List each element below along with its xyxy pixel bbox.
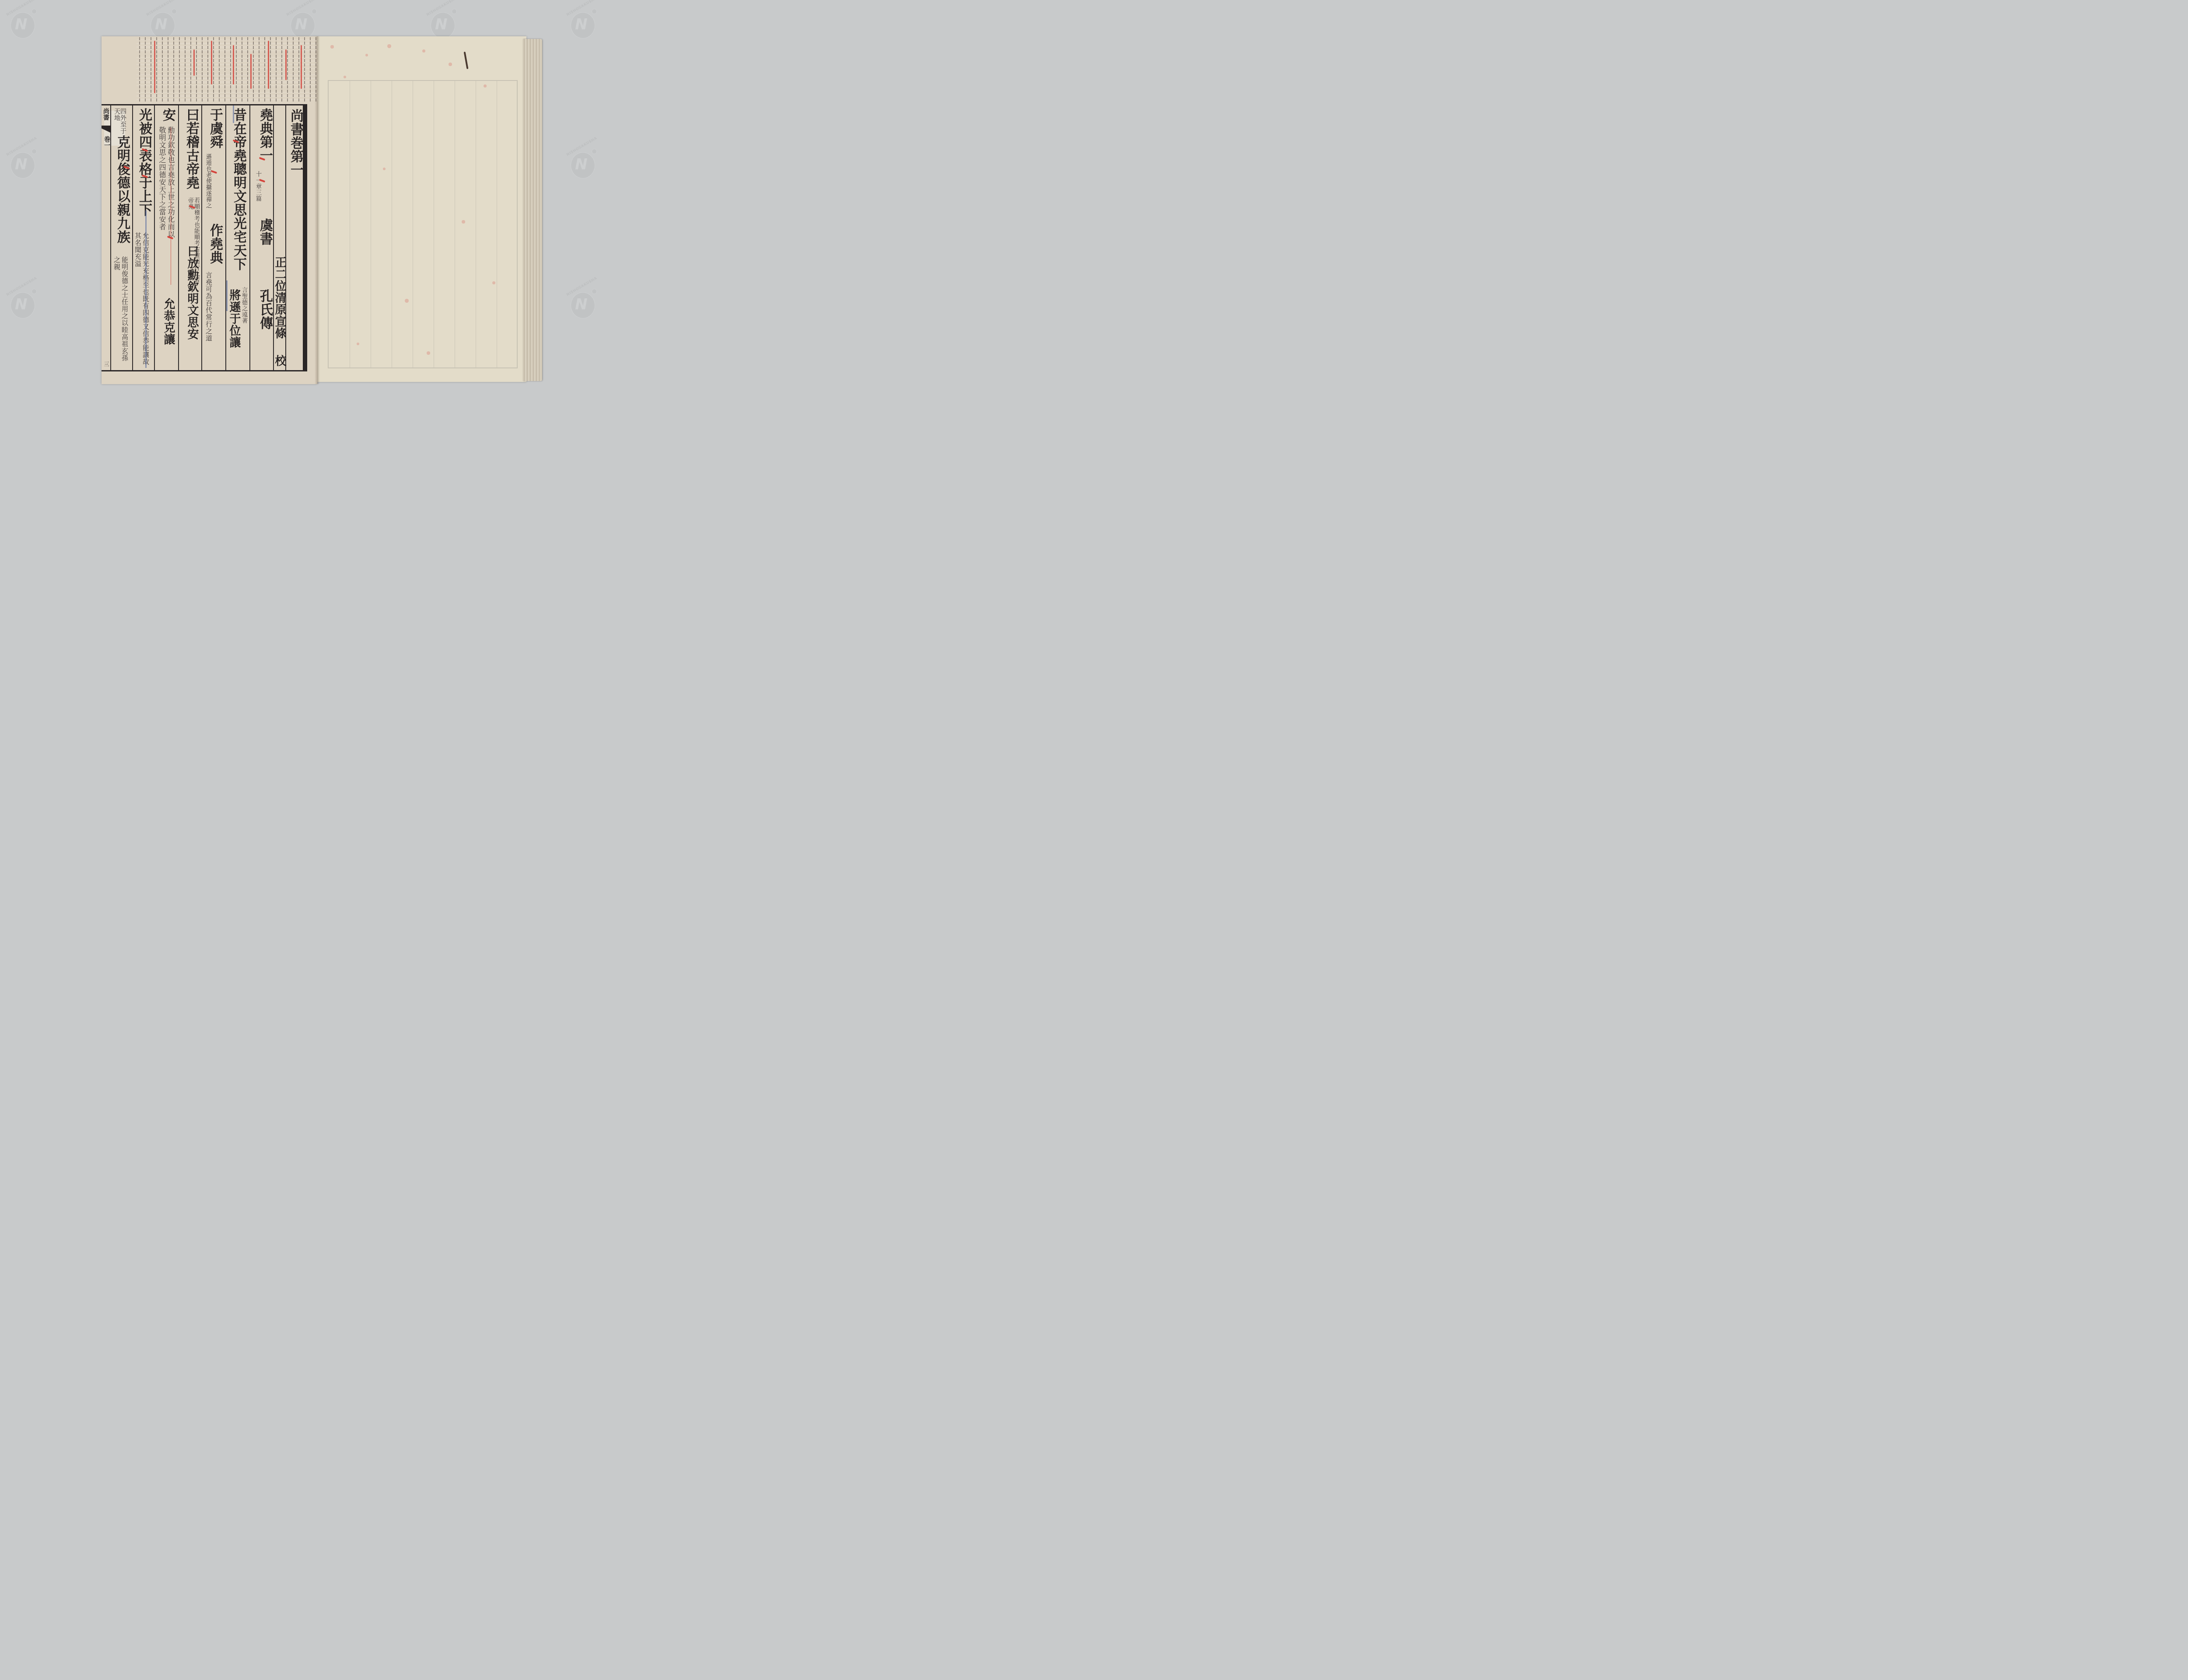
watermark: NNISHOGAKUSHA <box>424 4 459 39</box>
open-book: 尚書 巻一 三 尚書巻第一 正二位清原宣條 校 堯典第一 十一章三篇 <box>102 36 548 384</box>
page-edges <box>523 39 542 381</box>
main-text-col-1b: 將遜于位讓 <box>228 289 242 348</box>
left-page: 尚書 巻一 三 尚書巻第一 正二位清原宣條 校 堯典第一 十一章三篇 <box>102 36 317 384</box>
printed-frame: 尚書 巻一 三 尚書巻第一 正二位清原宣條 校 堯典第一 十一章三篇 <box>102 104 307 371</box>
watermark: NNISHOGAKUSHA <box>4 4 39 39</box>
fishtail-mark <box>102 126 110 133</box>
main-text-col-2: 于虞舜 <box>205 108 222 149</box>
spine-gutter <box>315 36 320 384</box>
margin-leaf-number: 三 <box>103 361 110 367</box>
watermark: NNISHOGAKUSHA <box>4 144 39 179</box>
right-page <box>317 36 526 382</box>
main-text-col-3: 曰若稽古帝堯 <box>181 108 199 189</box>
main-text-col-4b: 允恭克讓 <box>158 298 175 345</box>
watermark: NNISHOGAKUSHA <box>284 4 319 39</box>
main-text-col-5: 光被四表格于上下 <box>134 108 151 217</box>
watermark: NNISHOGAKUSHA <box>565 144 600 179</box>
chapter-title: 堯典第一 <box>255 108 272 162</box>
commentary-col-4b: 敬明文思之四德安天下之當安者 <box>158 126 166 301</box>
commentary-col-2b: 言堯可為百代常行之道 <box>205 272 213 364</box>
volume-title: 尚書巻第一 <box>285 109 303 177</box>
watermark: NNISHOGAKUSHA <box>565 284 600 319</box>
commentary-col-6: 能明俊德之士任用之以睦高祖玄孫之親 <box>113 256 129 366</box>
main-text-col-6: 克明俊德以親九族 <box>112 135 130 244</box>
main-text-col-3b: 曰放勳欽明文思安 <box>181 245 199 340</box>
commentary-author: 孔氏傳 <box>255 289 272 330</box>
margin-volume: 巻一 <box>102 136 111 148</box>
watermark: NNISHOGAKUSHA <box>565 4 600 39</box>
watermark: NNISHOGAKUSHA <box>4 284 39 319</box>
chapter-note: 十一章三篇 <box>255 171 261 215</box>
worm-damage-mark <box>464 52 469 69</box>
main-text-col-6-top: 四外至于天地 <box>114 108 126 134</box>
frame-border-thick <box>303 105 307 370</box>
watermark: NNISHOGAKUSHA <box>144 4 179 39</box>
editor-role: 校 <box>273 355 286 367</box>
main-text-col-4: 安 <box>158 108 175 122</box>
commentary-col-5: 允信克能光充格至也既有四德又信恭能讓故其名聞充溢 <box>134 232 150 368</box>
margin-book-title: 尚書 <box>102 108 109 120</box>
section-title: 虞書 <box>255 218 272 245</box>
editor-name: 正二位清原宣條 <box>273 256 286 339</box>
main-text-col-1: 昔在帝堯聰明文思光宅天下 <box>228 108 246 271</box>
commentary-col-1: 言聖德之遠著 <box>241 287 247 335</box>
main-text-col-2b: 作堯典 <box>205 224 222 264</box>
margin-header: 尚書 巻一 三 <box>102 105 111 370</box>
commentary-col-2: 遜遁也老使攝遂禪之 <box>205 154 211 219</box>
handwritten-annotations <box>137 37 318 102</box>
faint-ruled-frame <box>328 80 518 368</box>
